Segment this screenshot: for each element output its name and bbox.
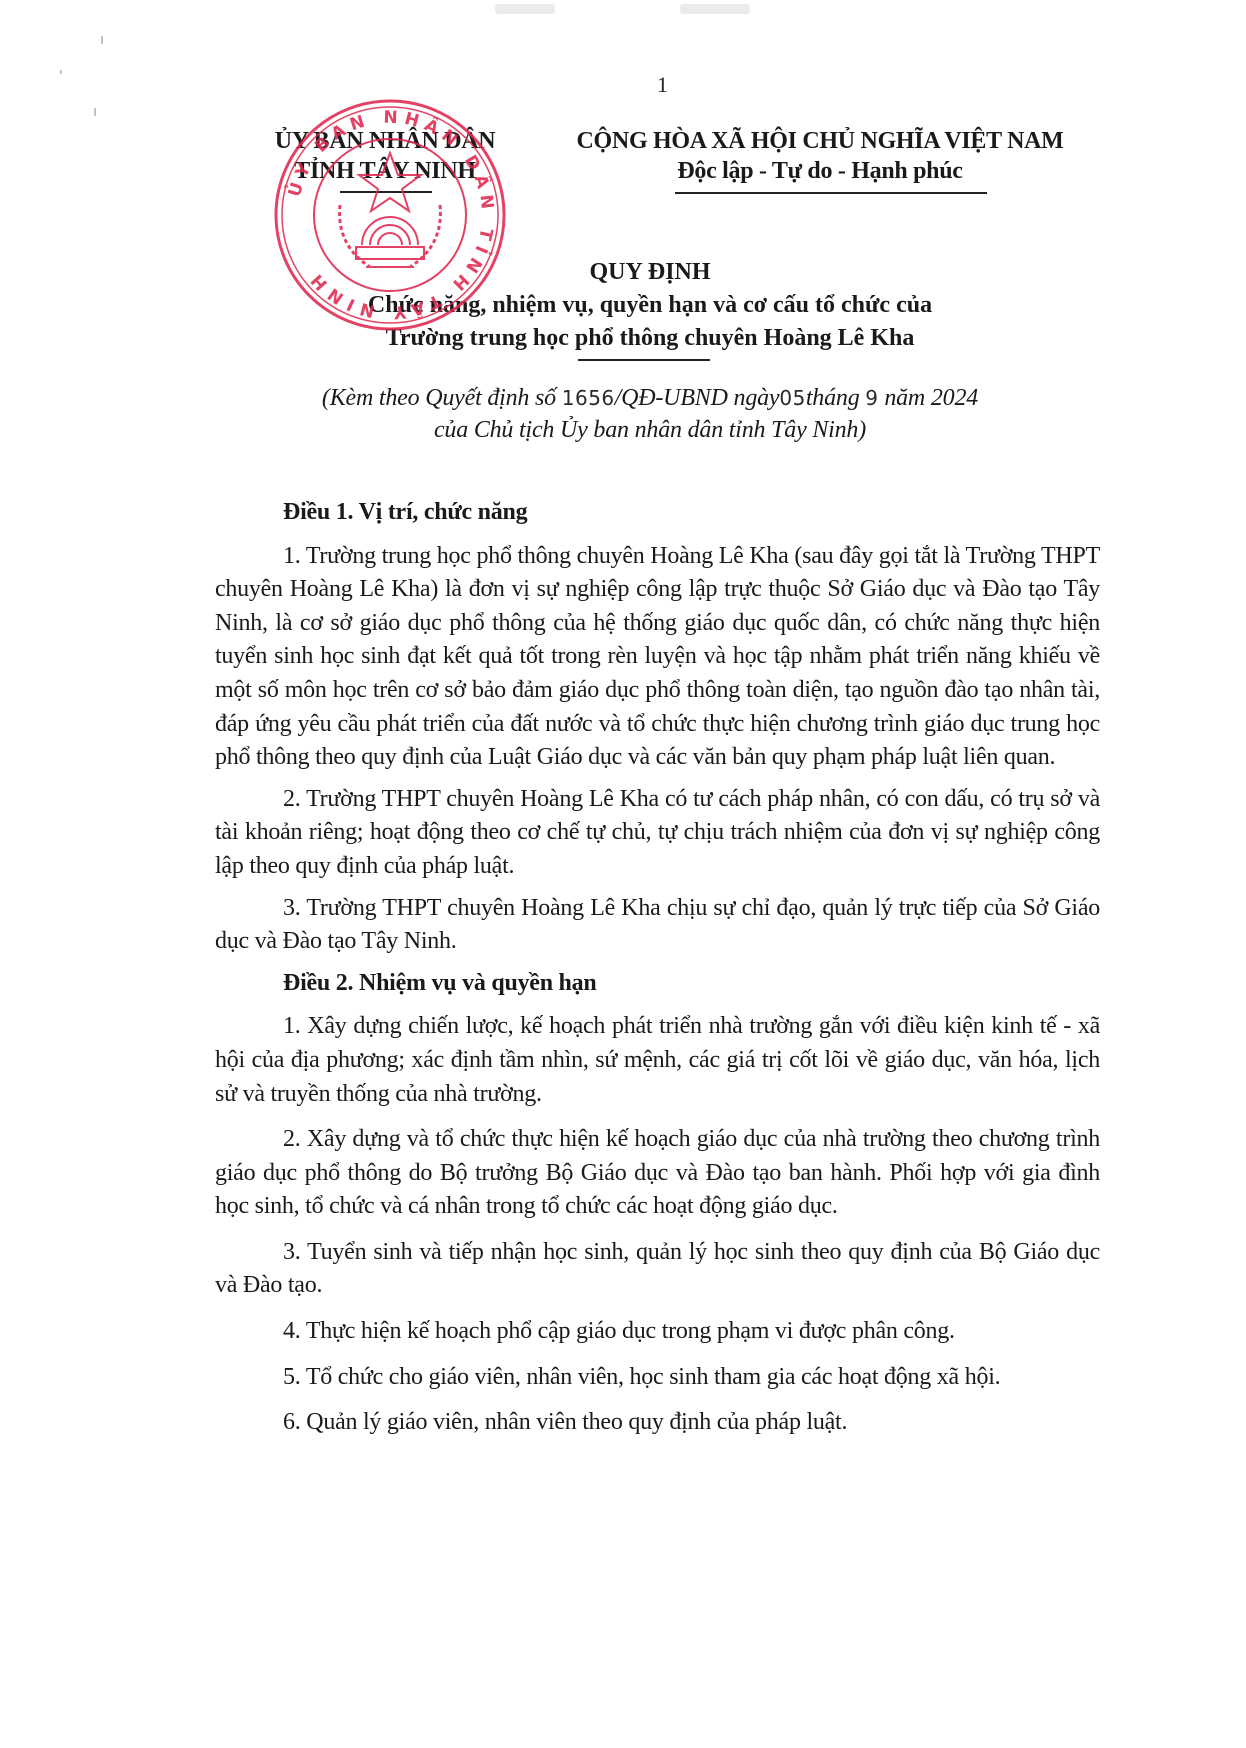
page-number: 1 [657, 72, 668, 98]
decision-month: 9 [865, 386, 878, 410]
article-2-paragraph: 2. Xây dựng và tổ chức thực hiện kế hoạc… [215, 1123, 1100, 1224]
article-1-paragraph: 1. Trường trung học phổ thông chuyên Hoà… [215, 540, 1100, 775]
document-type: QUY ĐỊNH [300, 256, 1000, 289]
national-header: CỘNG HÒA XÃ HỘI CHỦ NGHĨA VIỆT NAM Độc l… [545, 126, 1095, 186]
motto-underline [675, 192, 987, 194]
agency-line-2: TỈNH TÂY NINH [250, 156, 520, 186]
article-1-paragraph: 3. Trường THPT chuyên Hoàng Lê Kha chịu … [215, 892, 1100, 959]
decision-day: 05 [779, 386, 805, 410]
attachment-line-1: (Kèm theo Quyết định số 1656/QĐ-UBND ngà… [250, 382, 1050, 414]
article-1-heading: Điều 1. Vị trí, chức năng [215, 496, 1100, 530]
title-underline [578, 359, 710, 361]
issuing-agency: ỦY BAN NHÂN DÂN TỈNH TÂY NINH [250, 126, 520, 186]
attachment-note: (Kèm theo Quyết định số 1656/QĐ-UBND ngà… [250, 382, 1050, 446]
article-2-paragraph: 3. Tuyển sinh và tiếp nhận học sinh, quả… [215, 1236, 1100, 1303]
nation-motto: Độc lập - Tự do - Hạnh phúc [545, 156, 1095, 186]
article-2-paragraph: 5. Tổ chức cho giáo viên, nhân viên, học… [215, 1361, 1100, 1395]
article-1-paragraph: 2. Trường THPT chuyên Hoàng Lê Kha có tư… [215, 783, 1100, 884]
article-2-paragraph: 4. Thực hiện kế hoạch phổ cập giáo dục t… [215, 1315, 1100, 1349]
document-title-block: QUY ĐỊNH Chức năng, nhiệm vụ, quyền hạn … [300, 256, 1000, 355]
document-subtitle-line-1: Chức năng, nhiệm vụ, quyền hạn và cơ cấu… [300, 289, 1000, 322]
scan-smudge [680, 4, 750, 14]
article-2-paragraph: 6. Quản lý giáo viên, nhân viên theo quy… [215, 1406, 1100, 1440]
attachment-line-2: của Chủ tịch Ủy ban nhân dân tỉnh Tây Ni… [250, 414, 1050, 446]
document-body: Điều 1. Vị trí, chức năng 1. Trường trun… [215, 496, 1100, 1452]
decision-number: 1656 [562, 386, 615, 410]
scan-speck [60, 70, 62, 74]
scan-speck [101, 36, 103, 44]
document-subtitle-line-2: Trường trung học phổ thông chuyên Hoàng … [300, 322, 1000, 355]
article-2-paragraph: 1. Xây dựng chiến lược, kế hoạch phát tr… [215, 1010, 1100, 1111]
article-2-heading: Điều 2. Nhiệm vụ và quyền hạn [215, 967, 1100, 1001]
agency-line-1: ỦY BAN NHÂN DÂN [250, 126, 520, 156]
scan-speck [94, 108, 96, 116]
agency-underline [340, 191, 432, 193]
nation-name: CỘNG HÒA XÃ HỘI CHỦ NGHĨA VIỆT NAM [545, 126, 1095, 156]
scan-smudge [495, 4, 555, 14]
